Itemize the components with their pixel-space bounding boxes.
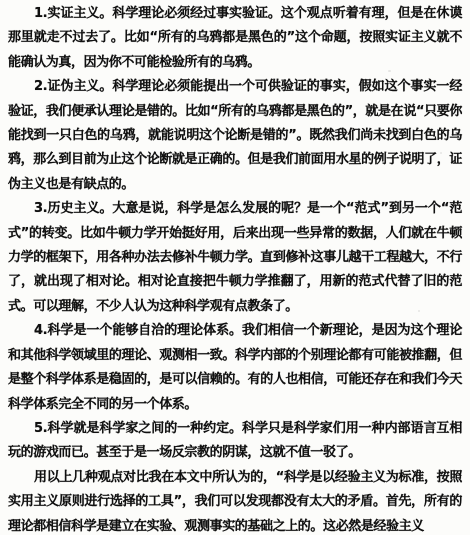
paragraph-historicism: 3.历史主义。大意是说，科学是怎么发展的呢？是一个“范式”到另一个“范式”的转变… <box>8 197 462 319</box>
paragraph-falsificationism: 2.证伪主义。科学理论必须能提出一个可供验证的事实，假如这个事实一经验证，我们便… <box>8 75 462 197</box>
paragraph-positivism: 1.实证主义。科学理论必须经过事实验证。这个观点听着有理，但是在休谟那里就走不过… <box>8 2 462 75</box>
paragraph-convention: 5.科学就是科学家之间的一种约定。科学只是科学家们用一种内部语言互相玩的游戏而已… <box>8 417 462 466</box>
document-page: 1.实证主义。科学理论必须经过事实验证。这个观点听着有理，但是在休谟那里就走不过… <box>0 0 470 535</box>
paragraph-coherent-system: 4.科学是一个能够自洽的理论体系。我们相信一个新理论，是因为这个理论和其他科学领… <box>8 319 462 417</box>
paragraph-conclusion: 用以上几种观点对比我在本文中所认为的，“科学是以经验主义为标准，按照实用主义原则… <box>8 466 462 535</box>
